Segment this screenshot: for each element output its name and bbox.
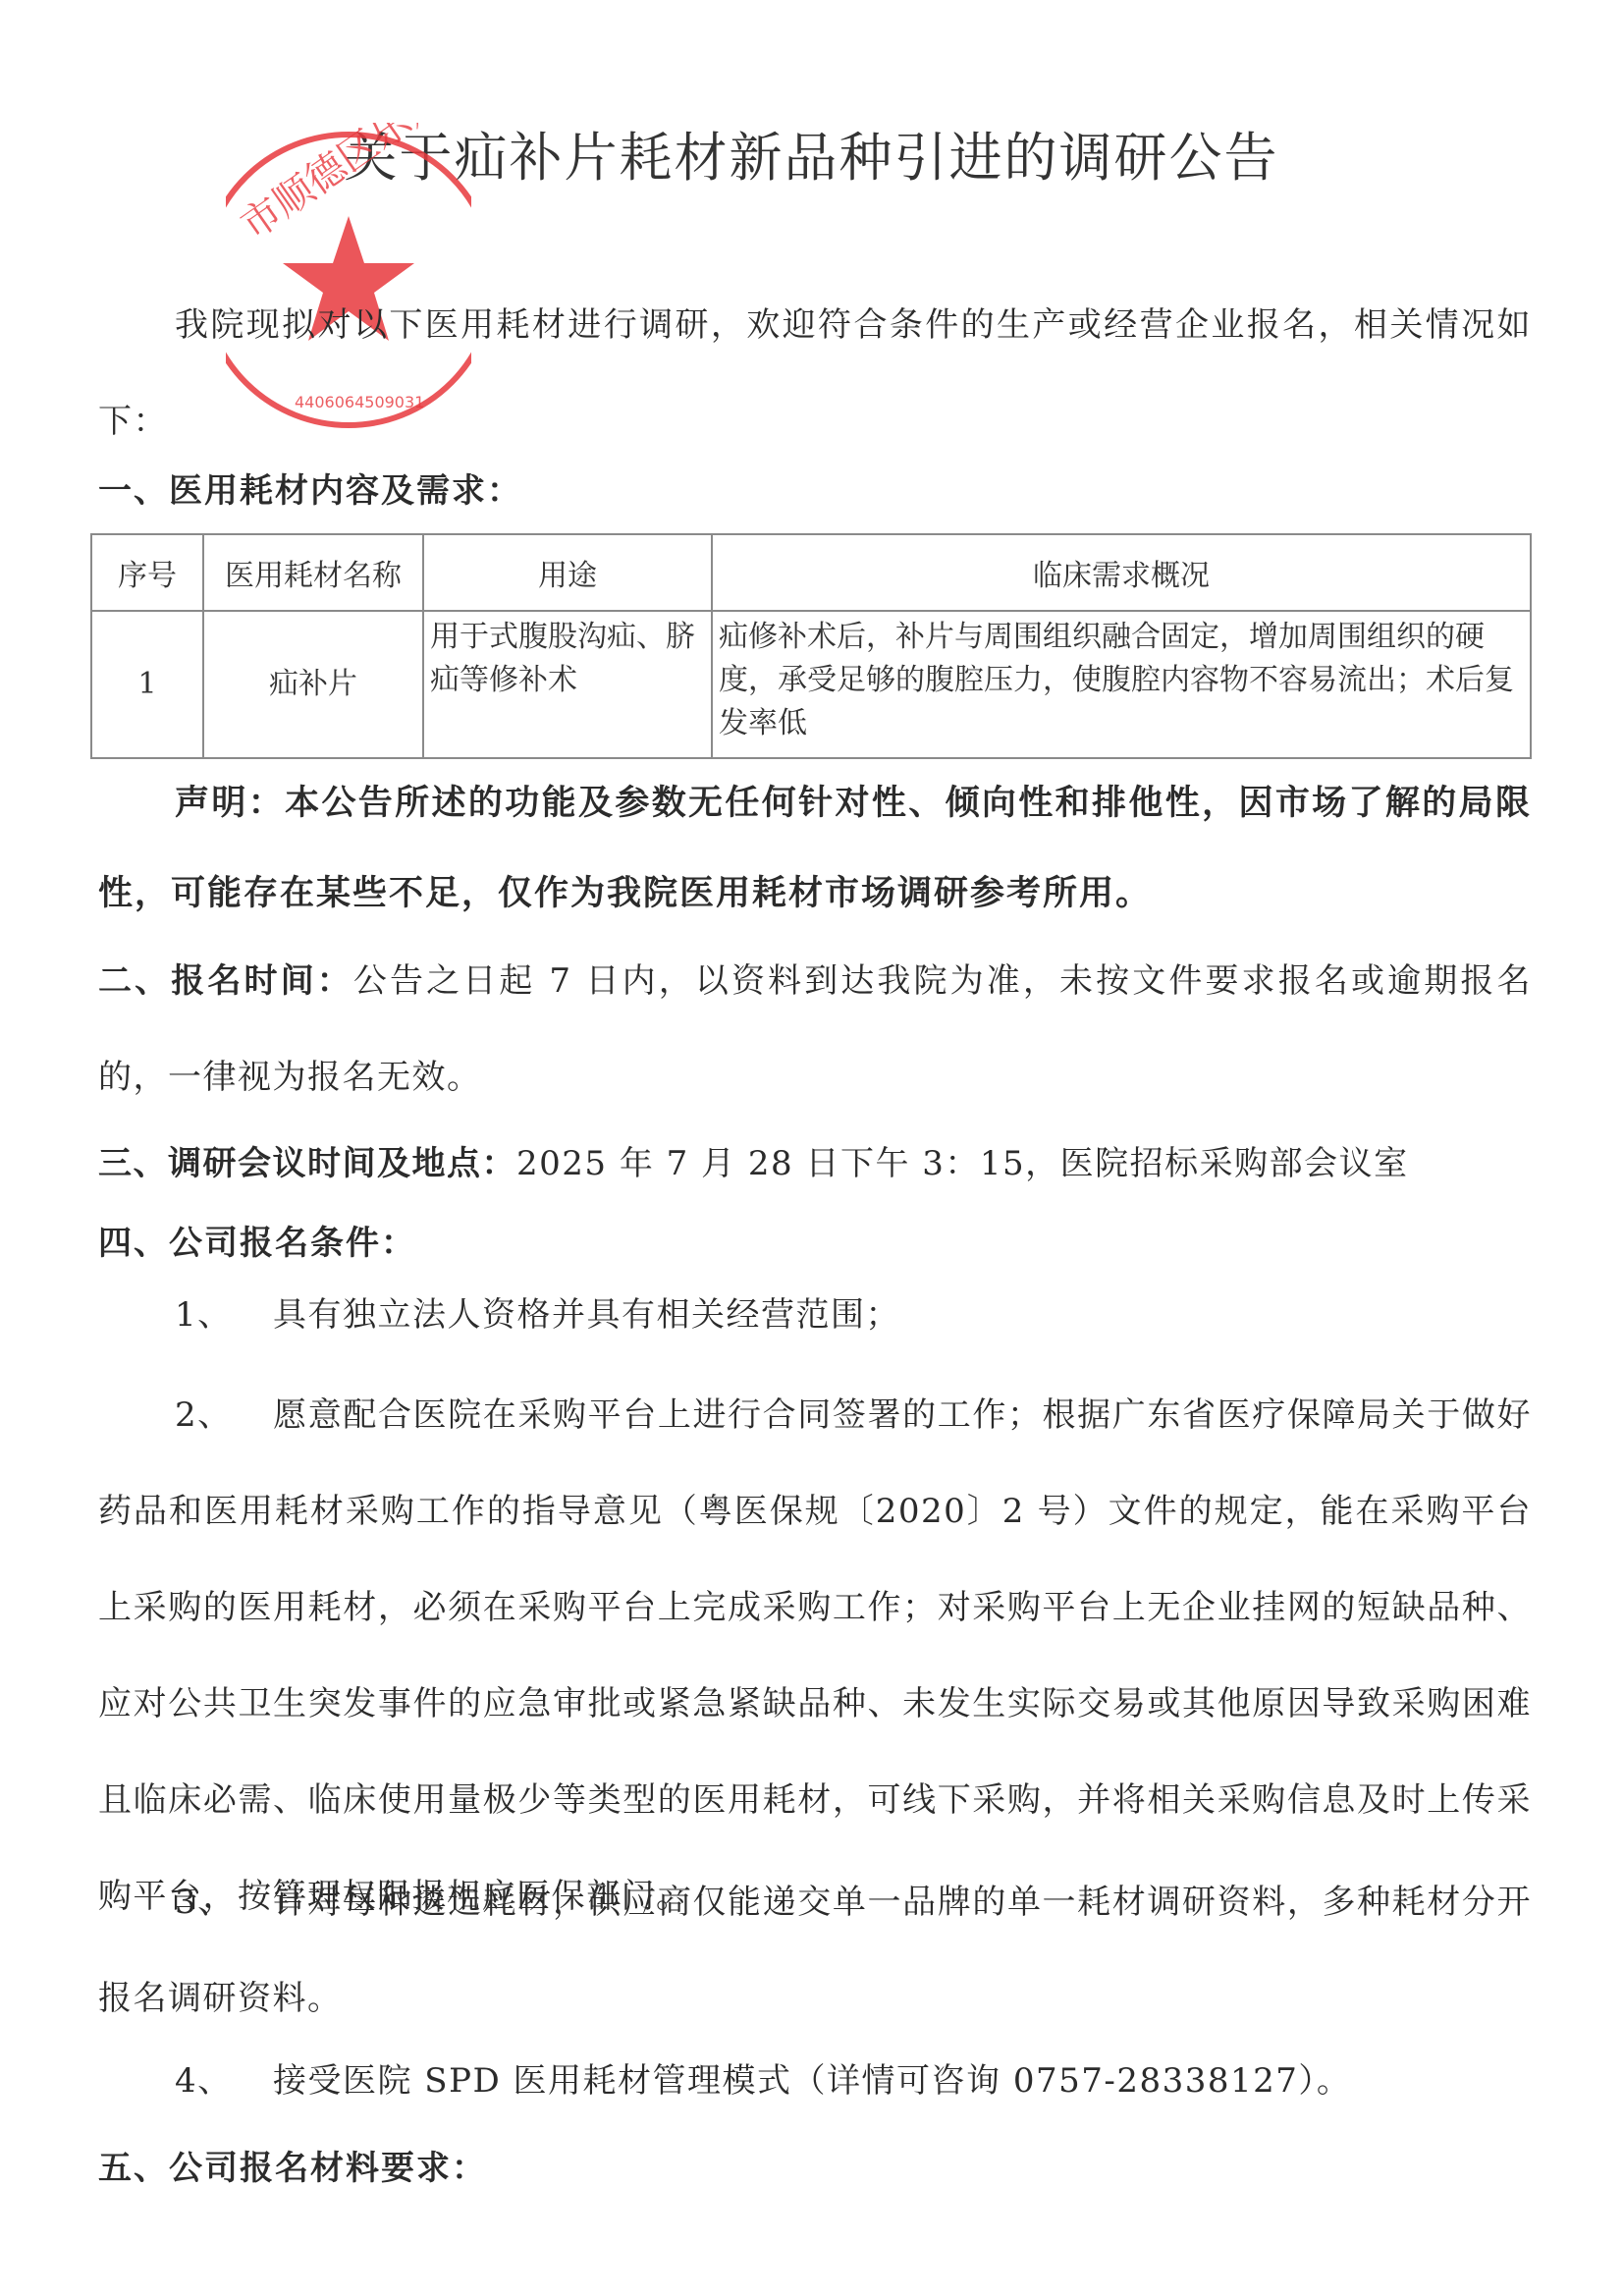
requirements-table: 序号 医用耗材名称 用途 临床需求概况 1 疝补片 用于式腹股沟疝、脐疝等修补术…	[90, 533, 1532, 759]
item-number: 2、	[175, 1367, 273, 1463]
table-header-row: 序号 医用耗材名称 用途 临床需求概况	[91, 534, 1531, 611]
condition-item-3: 3、针对每种遴选耗材，供应商仅能递交单一品牌的单一耗材调研资料，多种耗材分开报名…	[98, 1854, 1532, 2047]
col-header-usage: 用途	[423, 534, 712, 611]
item-number: 3、	[175, 1854, 273, 1950]
condition-item-1: 1、具有独立法人资格并具有相关经营范围；	[98, 1267, 1532, 1363]
cell-usage: 用于式腹股沟疝、脐疝等修补术	[423, 611, 712, 758]
section2: 二、报名时间：公告之日起 7 日内，以资料到达我院为准，未按文件要求报名或逾期报…	[98, 933, 1532, 1125]
item-number: 1、	[175, 1267, 273, 1363]
section3-heading: 三、调研会议时间及地点：	[98, 1144, 516, 1183]
document-title: 关于疝补片耗材新品种引进的调研公告	[0, 116, 1623, 191]
announcement-page: 关于疝补片耗材新品种引进的调研公告 市顺德区乐从医院 4406064509031…	[0, 0, 1623, 2296]
item-text: 针对每种遴选耗材，供应商仅能递交单一品牌的单一耗材调研资料，多种耗材分开报名调研…	[98, 1883, 1532, 2018]
section4-heading: 四、公司报名条件：	[98, 1216, 416, 1264]
section3-text: 2025 年 7 月 28 日下午 3：15，医院招标采购部会议室	[516, 1144, 1409, 1183]
section2-heading: 二、报名时间：	[98, 961, 353, 1001]
intro-paragraph: 我院现拟对以下医用耗材进行调研，欢迎符合条件的生产或经营企业报名，相关情况如下：	[98, 277, 1532, 469]
item-text: 具有独立法人资格并具有相关经营范围；	[273, 1295, 900, 1335]
item-text: 愿意配合医院在采购平台上进行合同签署的工作；根据广东省医疗保障局关于做好药品和医…	[98, 1395, 1532, 1916]
item-text: 接受医院 SPD 医用耗材管理模式（详情可咨询 0757-28338127）。	[273, 2061, 1351, 2101]
table-row: 1 疝补片 用于式腹股沟疝、脐疝等修补术 疝修补术后，补片与周围组织融合固定，增…	[91, 611, 1531, 758]
col-header-clinical-needs: 临床需求概况	[712, 534, 1531, 611]
cell-name: 疝补片	[203, 611, 423, 758]
section1-heading: 一、医用耗材内容及需求：	[98, 464, 522, 512]
item-number: 4、	[175, 2033, 273, 2129]
section3: 三、调研会议时间及地点：2025 年 7 月 28 日下午 3：15，医院招标采…	[98, 1116, 1532, 1212]
declaration: 声明：本公告所述的功能及参数无任何针对性、倾向性和排他性，因市场了解的局限性，可…	[98, 758, 1532, 939]
cell-index: 1	[91, 611, 203, 758]
section5-heading: 五、公司报名材料要求：	[98, 2141, 487, 2189]
col-header-name: 医用耗材名称	[203, 534, 423, 611]
condition-item-4: 4、接受医院 SPD 医用耗材管理模式（详情可咨询 0757-28338127）…	[98, 2033, 1532, 2129]
cell-clinical-needs: 疝修补术后，补片与周围组织融合固定，增加周围组织的硬度，承受足够的腹腔压力，使腹…	[712, 611, 1531, 758]
col-header-index: 序号	[91, 534, 203, 611]
